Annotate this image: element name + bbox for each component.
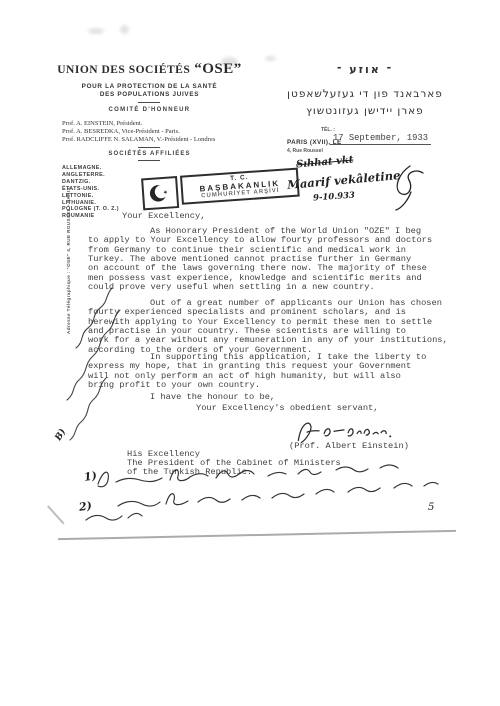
affiliate-country: DANTZIG.: [62, 179, 119, 186]
document-bottom-edge: [58, 530, 456, 540]
committee-title: COMITÉ D'HONNEUR: [52, 107, 247, 113]
archive-stamp-text: T. C. BAŞBAKANLIK CUMHURİYET ARŞİVİ: [180, 168, 300, 205]
committee-member: Prof. A. EINSTEIN, Président.: [62, 120, 215, 128]
salutation: Your Excellency,: [122, 211, 205, 221]
bottom-note-number-1: 1): [83, 469, 98, 484]
org-title: UNION DES SOCIÉTÉS “OSE”: [52, 60, 247, 78]
dateline-date: 17 September, 1933: [330, 133, 431, 145]
paragraph-3: In supporting this application, I take t…: [88, 353, 426, 390]
org-tagline-2: DES POPULATIONS JUIVES: [52, 91, 247, 98]
org-title-prefix: UNION DES SOCIÉTÉS: [57, 64, 190, 76]
scanned-letter-page: { "letterhead": { "org_prefix": "UNION D…: [0, 0, 500, 706]
dateline-street: 4, Rue Roussel: [287, 148, 323, 154]
org-tagline-1: POUR LA PROTECTION DE LA SANTÉ: [52, 83, 247, 90]
closing-line-1: I have the honour to be,: [150, 392, 275, 402]
archive-stamp: T. C. BAŞBAKANLIK CUMHURİYET ARŞİVİ: [141, 168, 300, 211]
handwritten-struck-note: Sıhhat vkt: [296, 155, 354, 171]
bottom-handwriting: [58, 462, 458, 530]
page-number: 5: [428, 502, 434, 513]
scan-smudge: [120, 25, 129, 34]
handwritten-routing-note: Maarif vekâletine: [287, 168, 401, 192]
affiliates-title: SOCIÉTÉS AFFILIÉES: [52, 151, 247, 157]
affiliate-country: ANGLETERRE.: [62, 172, 119, 179]
paragraph-1: As Honorary President of the World Union…: [88, 227, 432, 292]
scan-smudge: [88, 28, 104, 34]
handwritten-note-date: 9-10.933: [313, 191, 356, 204]
divider-rule: [138, 160, 160, 161]
paragraph-2: Out of a great number of applicants our …: [88, 299, 448, 355]
body-line: could prove very useful when settling in…: [88, 283, 432, 292]
divider-rule: [138, 102, 160, 103]
yiddish-subtitle-2: פארן יידישן געזונטשוץ: [285, 105, 445, 117]
yiddish-title: ־ אוזע ־: [300, 63, 430, 76]
yiddish-subtitle-1: פארבאנד פון די געזעלשאפטן: [285, 88, 445, 100]
crescent-star-icon: [141, 176, 179, 210]
routing-signature: [386, 162, 434, 214]
body-line: bring profit to your own country.: [88, 381, 426, 390]
org-title-name: “OSE”: [194, 61, 242, 77]
scan-smudge: [265, 56, 276, 61]
committee-list: Prof. A. EINSTEIN, Président. Prof. A. B…: [62, 120, 215, 145]
bottom-note-number-2: 2): [78, 499, 93, 514]
closing-line-2: Your Excellency's obedient servant,: [196, 403, 378, 413]
committee-member: Prof. A. BESREDKA, Vice-Président - Pari…: [62, 128, 215, 136]
affiliate-country: ALLEMAGNE.: [62, 165, 119, 172]
committee-member: Prof. RADCLIFFE N. SALAMAN, V.-Président…: [62, 136, 215, 144]
divider-rule: [138, 147, 160, 148]
